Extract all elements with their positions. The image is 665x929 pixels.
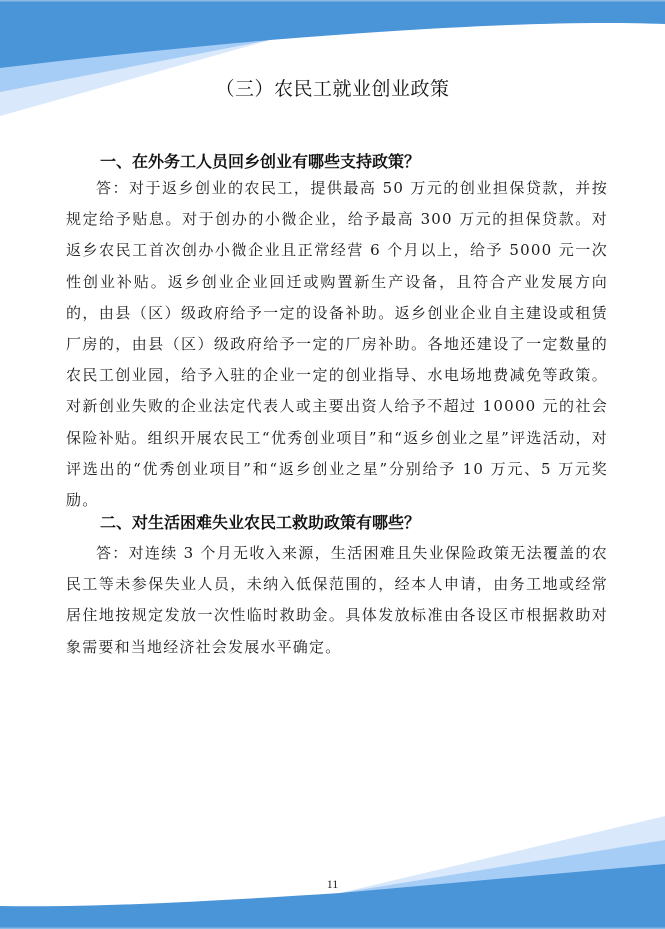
section-title: （三）农民工就业创业政策 xyxy=(0,74,665,101)
footer-wave-decoration xyxy=(0,800,665,929)
footer-dark-band xyxy=(0,864,665,929)
page-number: 11 xyxy=(0,877,665,892)
header-wave-decoration xyxy=(0,0,665,130)
question-heading-2: 二、对生活困难失业农民工救助政策有哪些？ xyxy=(100,510,420,533)
answer-paragraph-2: 答：对连续 3 个月无收入来源，生活困难且失业保险政策无法覆盖的农民工等未参保失… xyxy=(66,538,608,663)
answer-paragraph-1: 答：对于返乡创业的农民工，提供最高 50 万元的创业担保贷款，并按规定给予贴息。… xyxy=(66,173,608,516)
question-heading-1: 一、在外务工人员回乡创业有哪些支持政策？ xyxy=(100,149,420,172)
